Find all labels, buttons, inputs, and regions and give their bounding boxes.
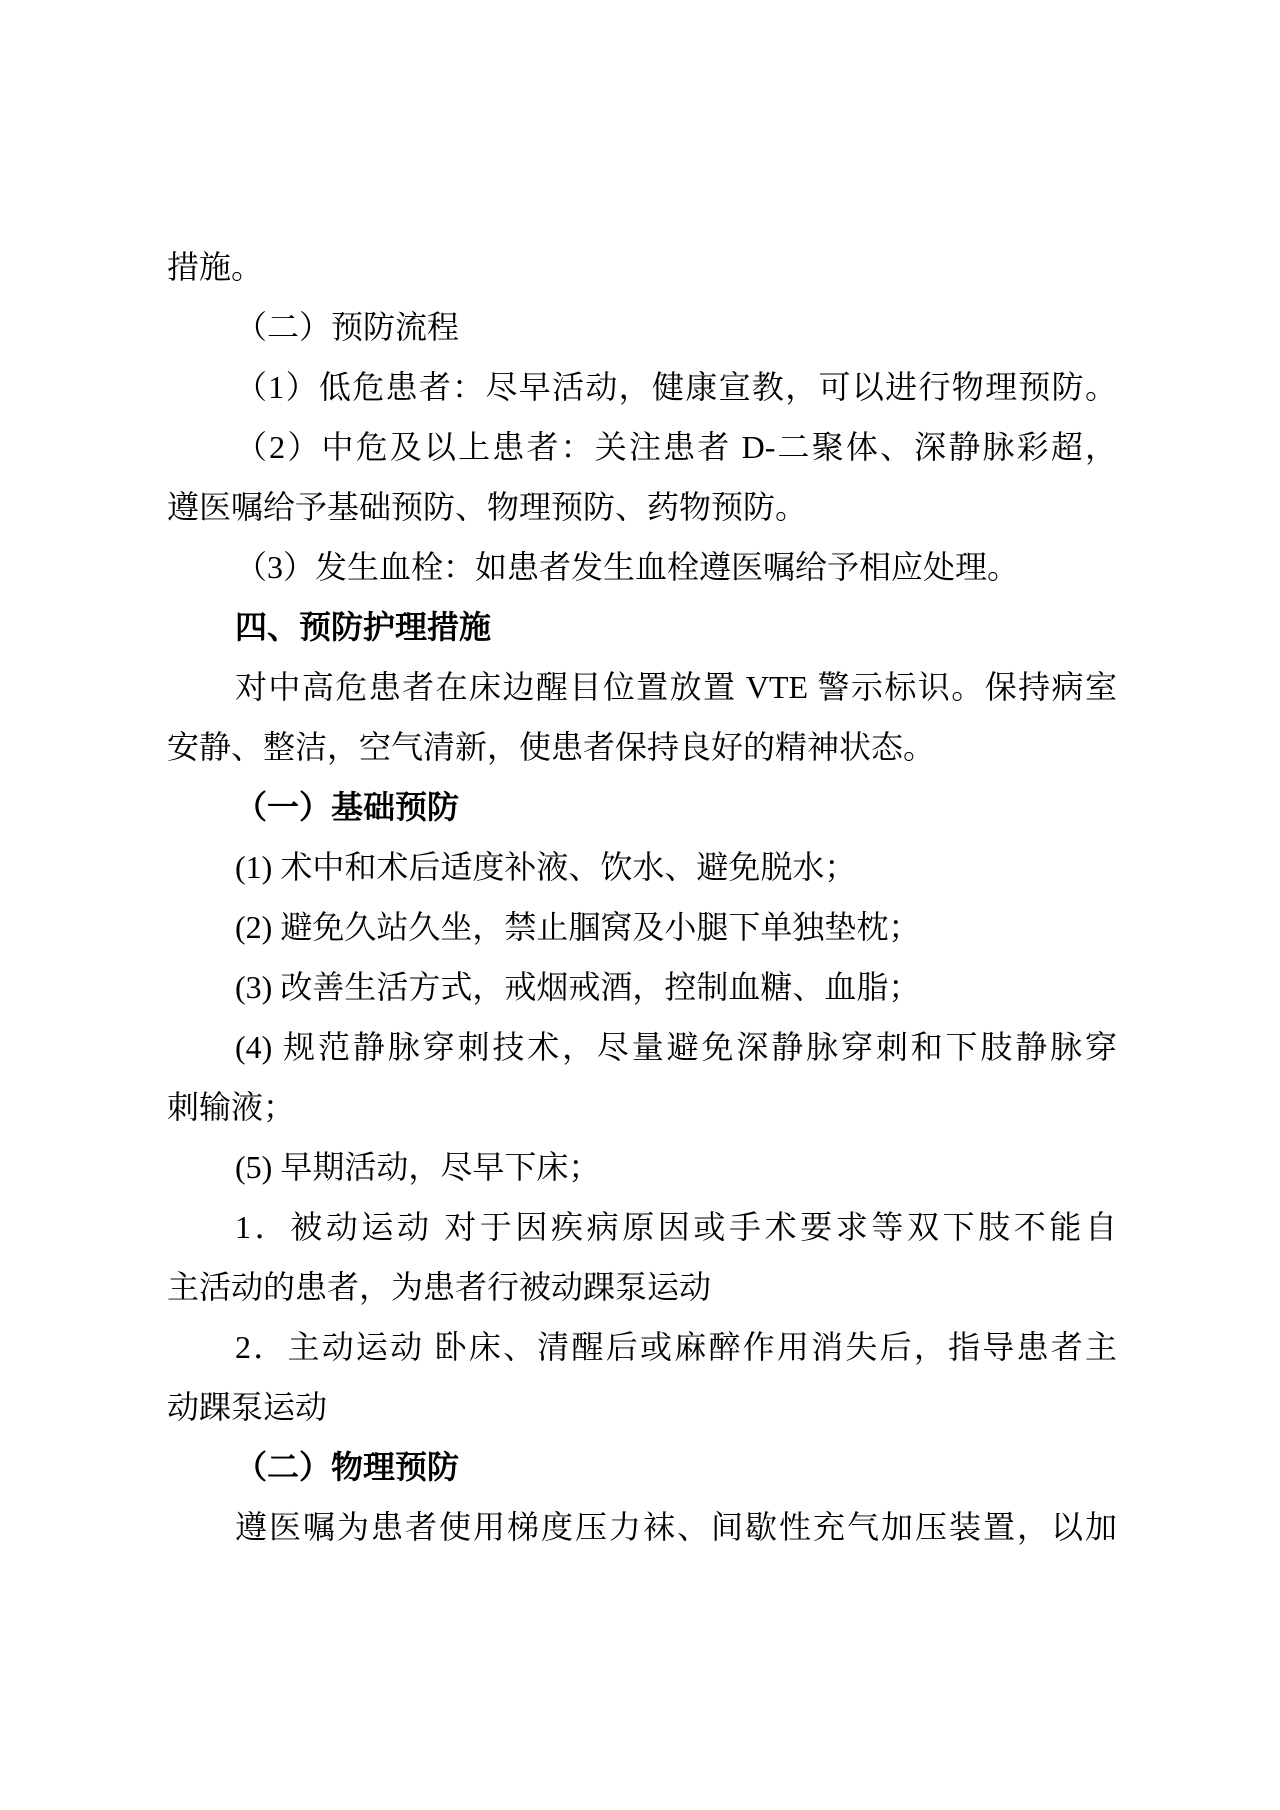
text-line: （2）中危及以上患者：关注患者 D-二聚体、深静脉彩超， <box>167 417 1117 477</box>
section-heading: 四、预防护理措施 <box>167 597 1117 657</box>
text-line: （3）发生血栓：如患者发生血栓遵医嘱给予相应处理。 <box>167 537 1117 597</box>
text-line: 遵医嘱为患者使用梯度压力袜、间歇性充气加压装置，以加 <box>167 1497 1117 1557</box>
text-line: （二）预防流程 <box>167 297 1117 357</box>
text-line: 对中高危患者在床边醒目位置放置 VTE 警示标识。保持病室 <box>167 657 1117 717</box>
text-line: (3) 改善生活方式，戒烟戒酒，控制血糖、血脂； <box>167 957 1117 1017</box>
text-line: 2．主动运动 卧床、清醒后或麻醉作用消失后，指导患者主 <box>167 1317 1117 1377</box>
text-line: 主活动的患者，为患者行被动踝泵运动 <box>167 1257 1117 1317</box>
text-line: (1) 术中和术后适度补液、饮水、避免脱水； <box>167 837 1117 897</box>
text-line: 1．被动运动 对于因疾病原因或手术要求等双下肢不能自 <box>167 1197 1117 1257</box>
text-line: 刺输液； <box>167 1077 1117 1137</box>
text-line: 安静、整洁，空气清新，使患者保持良好的精神状态。 <box>167 717 1117 777</box>
text-line: (2) 避免久站久坐，禁止腘窝及小腿下单独垫枕； <box>167 897 1117 957</box>
subsection-heading: （二）物理预防 <box>167 1437 1117 1497</box>
subsection-heading: （一）基础预防 <box>167 777 1117 837</box>
text-line: (5) 早期活动，尽早下床； <box>167 1137 1117 1197</box>
text-line: （1）低危患者：尽早活动，健康宣教，可以进行物理预防。 <box>167 357 1117 417</box>
document-page: { "colors": { "background": "#ffffff", "… <box>0 0 1280 1810</box>
text-line: (4) 规范静脉穿刺技术，尽量避免深静脉穿刺和下肢静脉穿 <box>167 1017 1117 1077</box>
document-body: 措施。 （二）预防流程 （1）低危患者：尽早活动，健康宣教，可以进行物理预防。 … <box>167 237 1117 1557</box>
text-line: 措施。 <box>167 237 1117 297</box>
text-line: 动踝泵运动 <box>167 1377 1117 1437</box>
text-line: 遵医嘱给予基础预防、物理预防、药物预防。 <box>167 477 1117 537</box>
